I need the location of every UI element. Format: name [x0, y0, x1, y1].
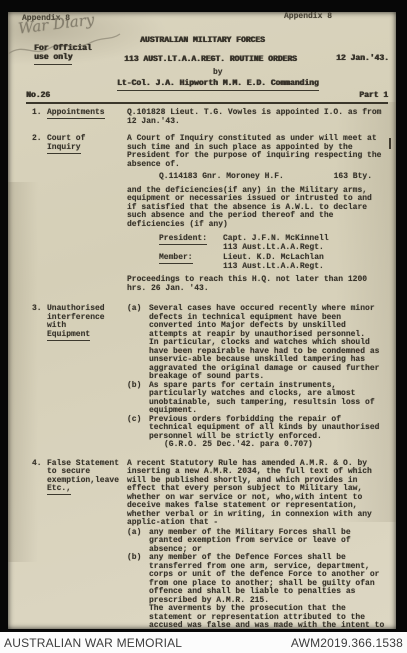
section-body: Q.101828 Lieut. T.G. Vowles is appointed…: [127, 109, 386, 126]
president-details: Capt. J.F.N. McKinnell 113 Aust.Lt.A.A.R…: [223, 235, 329, 252]
gro-reference: (G.R.O. 25 Dec.'42. para 0.707): [164, 441, 386, 450]
section-body: A Court of Inquiry constituted as under …: [127, 135, 386, 293]
section-body: (a) Several cases have occured recently …: [127, 305, 386, 450]
section-false-statement: 4. False Statement to secure exemption,l…: [32, 460, 386, 630]
subject-name: Q.114183 Gnr. Moroney H.F.: [159, 173, 284, 182]
commander-name: Lt-Col. J.A. Hipworth M.M. E.D. Commandi…: [117, 80, 319, 91]
item-marker: (b): [127, 382, 149, 416]
subject-unit: 163 Bty.: [334, 173, 372, 182]
archive-item-id: AWM2019.366.1538: [291, 636, 403, 650]
force-title: AUSTRALIAN MILITARY FORCES: [140, 37, 265, 46]
section-number: 3.: [32, 305, 47, 314]
inquiry-duties: and the deficiencies(if any) in the Mili…: [127, 187, 386, 230]
inquiry-intro: A Court of Inquiry constituted as under …: [127, 135, 386, 169]
item-text: any member of the Military Forces shall …: [149, 529, 386, 555]
archive-footer-bar: AUSTRALIAN WAR MEMORIAL AWM2019.366.1538: [0, 632, 407, 653]
section-label: Court of Inquiry: [47, 135, 127, 152]
appendix-label-right: Appendix 8: [284, 13, 332, 22]
member-row: Member: Lieut. K.D. McLachlan 113 Aust.L…: [159, 254, 386, 271]
list-item-a: (a) any member of the Military Forces sh…: [127, 529, 386, 555]
official-use-line2: use only: [34, 54, 72, 65]
inquiry-subject-row: Q.114183 Gnr. Moroney H.F. 163 Bty.: [159, 173, 372, 182]
section-label: Appointments: [47, 109, 127, 118]
scanned-document-page: Appendix 8 Appendix 8 War Diary For Offi…: [8, 12, 396, 629]
margin-tick-mark: [389, 138, 391, 149]
part-label: Part 1: [359, 92, 388, 101]
list-item-c: (c) Previous orders forbidding the repai…: [127, 416, 386, 442]
item-text: Several cases have occured recently wher…: [149, 305, 386, 382]
order-number: No.26: [26, 92, 50, 101]
orders-title: 113 AUST.LT.A.A.REGT. ROUTINE ORDERS: [124, 56, 297, 65]
averments-paragraph: The averments by the prosecution that th…: [149, 605, 386, 629]
list-item-b: (b) any member of the Defence Forces sha…: [127, 554, 386, 605]
item-marker: (b): [127, 554, 149, 605]
by-label: by: [213, 69, 223, 78]
section-label: False Statement to secure exemption,leav…: [47, 460, 127, 494]
item-text: any member of the Defence Forces shall b…: [149, 554, 386, 605]
item-marker: (a): [127, 529, 149, 555]
president-label: President:: [159, 235, 223, 252]
section-body: A recent Statutory Rule has amended A.M.…: [127, 460, 386, 630]
president-row: President: Capt. J.F.N. McKinnell 113 Au…: [159, 235, 386, 252]
section-number: 1.: [32, 109, 47, 118]
member-details: Lieut. K.D. McLachlan 113 Aust.Lt.A.A.Re…: [223, 254, 324, 271]
order-number-rule: No.26 Part 1: [26, 92, 388, 104]
section-unauthorised-interference: 3. Unauthorised interference with Equipm…: [32, 305, 386, 450]
archive-org-name: AUSTRALIAN WAR MEMORIAL: [4, 636, 182, 650]
statutory-rule-intro: A recent Statutory Rule has amended A.M.…: [127, 460, 386, 528]
order-sections: 1. Appointments Q.101828 Lieut. T.G. Vow…: [32, 109, 386, 629]
item-marker: (a): [127, 305, 149, 382]
list-item-a: (a) Several cases have occured recently …: [127, 305, 386, 382]
item-text: Previous orders forbidding the repair of…: [149, 416, 386, 442]
item-text: As spare parts for certain instruments, …: [149, 382, 386, 416]
inquiry-deadline: Proceedings to reach this H.Q. not later…: [127, 276, 386, 293]
member-label: Member:: [159, 254, 223, 271]
list-item-b: (b) As spare parts for certain instrumen…: [127, 382, 386, 416]
section-label: Unauthorised interference with Equipment: [47, 305, 127, 339]
section-appointments: 1. Appointments Q.101828 Lieut. T.G. Vow…: [32, 109, 386, 126]
item-marker: (c): [127, 416, 149, 442]
order-date: 12 Jan.'43.: [336, 55, 389, 64]
section-number: 4.: [32, 460, 47, 469]
section-court-of-inquiry: 2. Court of Inquiry A Court of Inquiry c…: [32, 135, 386, 293]
section-number: 2.: [32, 135, 47, 144]
